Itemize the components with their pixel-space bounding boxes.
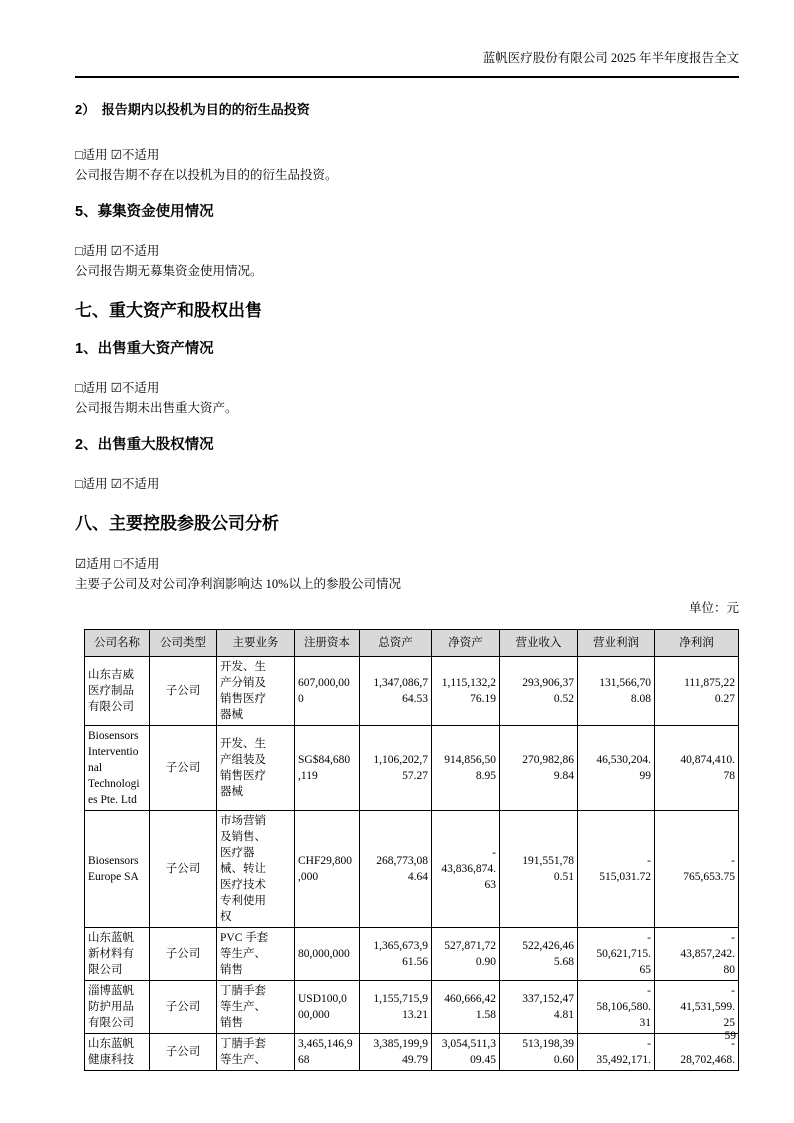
table-cell: - 43,836,874. 63 (432, 810, 500, 927)
table-row: 山东蓝帆 健康科技子公司丁腈手套 等生产、3,465,146,9 683,385… (85, 1033, 739, 1070)
table-cell: 131,566,70 8.08 (578, 656, 655, 725)
table-cell: 山东吉威 医疗制品 有限公司 (85, 656, 150, 725)
table-cell: 522,426,46 5.68 (500, 927, 578, 980)
note-raised-funds: 公司报告期无募集资金使用情况。 (75, 261, 739, 281)
table-cell: 460,666,42 1.58 (432, 980, 500, 1033)
subsidiaries-table: 公司名称 公司类型 主要业务 注册资本 总资产 净资产 营业收入 营业利润 净利… (84, 629, 739, 1071)
unit-label: 单位：元 (75, 600, 739, 616)
table-row: Biosensors Interventio nal Technologi es… (85, 725, 739, 810)
table-cell: 3,385,199,9 49.79 (360, 1033, 432, 1070)
column-header-main-business: 主要业务 (217, 629, 295, 656)
table-cell: 111,875,22 0.27 (655, 656, 739, 725)
heading-derivatives-speculative: 2） 报告期内以投机为目的的衍生品投资 (75, 101, 739, 119)
table-cell: Biosensors Europe SA (85, 810, 150, 927)
heading-major-sales: 七、重大资产和股权出售 (75, 300, 739, 322)
subsidiaries-intro: 主要子公司及对公司净利润影响达 10%以上的参股公司情况 (75, 574, 739, 594)
table-cell: 46,530,204. 99 (578, 725, 655, 810)
applicability-raised-funds: □适用 ☑不适用 (75, 241, 739, 261)
column-header-total-assets: 总资产 (360, 629, 432, 656)
table-header-row: 公司名称 公司类型 主要业务 注册资本 总资产 净资产 营业收入 营业利润 净利… (85, 629, 739, 656)
table-cell: 527,871,72 0.90 (432, 927, 500, 980)
column-header-net-profit: 净利润 (655, 629, 739, 656)
applicability-equity-sale: □适用 ☑不适用 (75, 474, 739, 494)
column-header-operating-revenue: 营业收入 (500, 629, 578, 656)
note-asset-sale: 公司报告期未出售重大资产。 (75, 398, 739, 418)
table-cell: 513,198,39 0.60 (500, 1033, 578, 1070)
table-cell: - 765,653.75 (655, 810, 739, 927)
table-cell: 3,465,146,9 68 (295, 1033, 360, 1070)
table-cell: 337,152,47 4.81 (500, 980, 578, 1033)
table-cell: - 515,031.72 (578, 810, 655, 927)
table-cell: - 50,621,715. 65 (578, 927, 655, 980)
table-cell: 山东蓝帆 新材料有 限公司 (85, 927, 150, 980)
table-cell: 子公司 (150, 927, 217, 980)
table-cell: 开发、生 产组装及 销售医疗 器械 (217, 725, 295, 810)
table-cell: 丁腈手套 等生产、 销售 (217, 980, 295, 1033)
heading-equity-sale: 2、出售重大股权情况 (75, 435, 739, 455)
table-cell: 山东蓝帆 健康科技 (85, 1033, 150, 1070)
table-cell: 1,365,673,9 61.56 (360, 927, 432, 980)
table-cell: 子公司 (150, 725, 217, 810)
table-cell: - 43,857,242. 80 (655, 927, 739, 980)
column-header-company-type: 公司类型 (150, 629, 217, 656)
table-cell: 3,054,511,3 09.45 (432, 1033, 500, 1070)
table-cell: PVC 手套 等生产、 销售 (217, 927, 295, 980)
table-cell: 270,982,86 9.84 (500, 725, 578, 810)
table-cell: 淄博蓝帆 防护用品 有限公司 (85, 980, 150, 1033)
table-row: Biosensors Europe SA子公司市场营销 及销售、 医疗器 械、转… (85, 810, 739, 927)
table-cell: - 58,106,580. 31 (578, 980, 655, 1033)
table-row: 山东蓝帆 新材料有 限公司子公司PVC 手套 等生产、 销售80,000,000… (85, 927, 739, 980)
table-cell: 40,874,410. 78 (655, 725, 739, 810)
table-cell: 191,551,78 0.51 (500, 810, 578, 927)
table-cell: 1,155,715,9 13.21 (360, 980, 432, 1033)
heading-raised-funds: 5、募集资金使用情况 (75, 202, 739, 222)
applicability-asset-sale: □适用 ☑不适用 (75, 378, 739, 398)
table-cell: 开发、生 产分销及 销售医疗 器械 (217, 656, 295, 725)
table-cell: - 41,531,599. 25 (655, 980, 739, 1033)
document-header-title: 蓝帆医疗股份有限公司 2025 年半年度报告全文 (483, 51, 739, 65)
table-cell: 607,000,00 0 (295, 656, 360, 725)
applicability-derivatives: □适用 ☑不适用 (75, 145, 739, 165)
table-cell: 1,115,132,2 76.19 (432, 656, 500, 725)
table-cell: 268,773,08 4.64 (360, 810, 432, 927)
table-cell: 914,856,50 8.95 (432, 725, 500, 810)
subsidiaries-table-body: 山东吉威 医疗制品 有限公司子公司开发、生 产分销及 销售医疗 器械607,00… (85, 656, 739, 1070)
table-cell: Biosensors Interventio nal Technologi es… (85, 725, 150, 810)
table-cell: 1,347,086,7 64.53 (360, 656, 432, 725)
table-cell: CHF29,800 ,000 (295, 810, 360, 927)
document-header: 蓝帆医疗股份有限公司 2025 年半年度报告全文 (75, 0, 739, 78)
table-cell: USD100,0 00,000 (295, 980, 360, 1033)
applicability-subsidiaries: ☑适用 □不适用 (75, 554, 739, 574)
heading-asset-sale: 1、出售重大资产情况 (75, 339, 739, 359)
column-header-net-assets: 净资产 (432, 629, 500, 656)
report-page: 蓝帆医疗股份有限公司 2025 年半年度报告全文 2） 报告期内以投机为目的的衍… (0, 0, 794, 1123)
table-cell: 子公司 (150, 980, 217, 1033)
table-cell: 市场营销 及销售、 医疗器 械、转让 医疗技术 专利使用 权 (217, 810, 295, 927)
table-cell: 80,000,000 (295, 927, 360, 980)
table-cell: 子公司 (150, 810, 217, 927)
table-row: 淄博蓝帆 防护用品 有限公司子公司丁腈手套 等生产、 销售USD100,0 00… (85, 980, 739, 1033)
column-header-operating-profit: 营业利润 (578, 629, 655, 656)
page-content: 蓝帆医疗股份有限公司 2025 年半年度报告全文 2） 报告期内以投机为目的的衍… (75, 0, 739, 1071)
heading-subsidiaries: 八、主要控股参股公司分析 (75, 513, 739, 535)
column-header-company-name: 公司名称 (85, 629, 150, 656)
table-cell: 子公司 (150, 1033, 217, 1070)
table-cell: 子公司 (150, 656, 217, 725)
table-cell: - 35,492,171. (578, 1033, 655, 1070)
table-cell: 293,906,37 0.52 (500, 656, 578, 725)
table-cell: SG$84,680 ,119 (295, 725, 360, 810)
column-header-registered-capital: 注册资本 (295, 629, 360, 656)
table-cell: 1,106,202,7 57.27 (360, 725, 432, 810)
note-derivatives: 公司报告期不存在以投机为目的的衍生品投资。 (75, 165, 739, 185)
table-row: 山东吉威 医疗制品 有限公司子公司开发、生 产分销及 销售医疗 器械607,00… (85, 656, 739, 725)
page-number: 59 (725, 1030, 737, 1042)
table-cell: 丁腈手套 等生产、 (217, 1033, 295, 1070)
